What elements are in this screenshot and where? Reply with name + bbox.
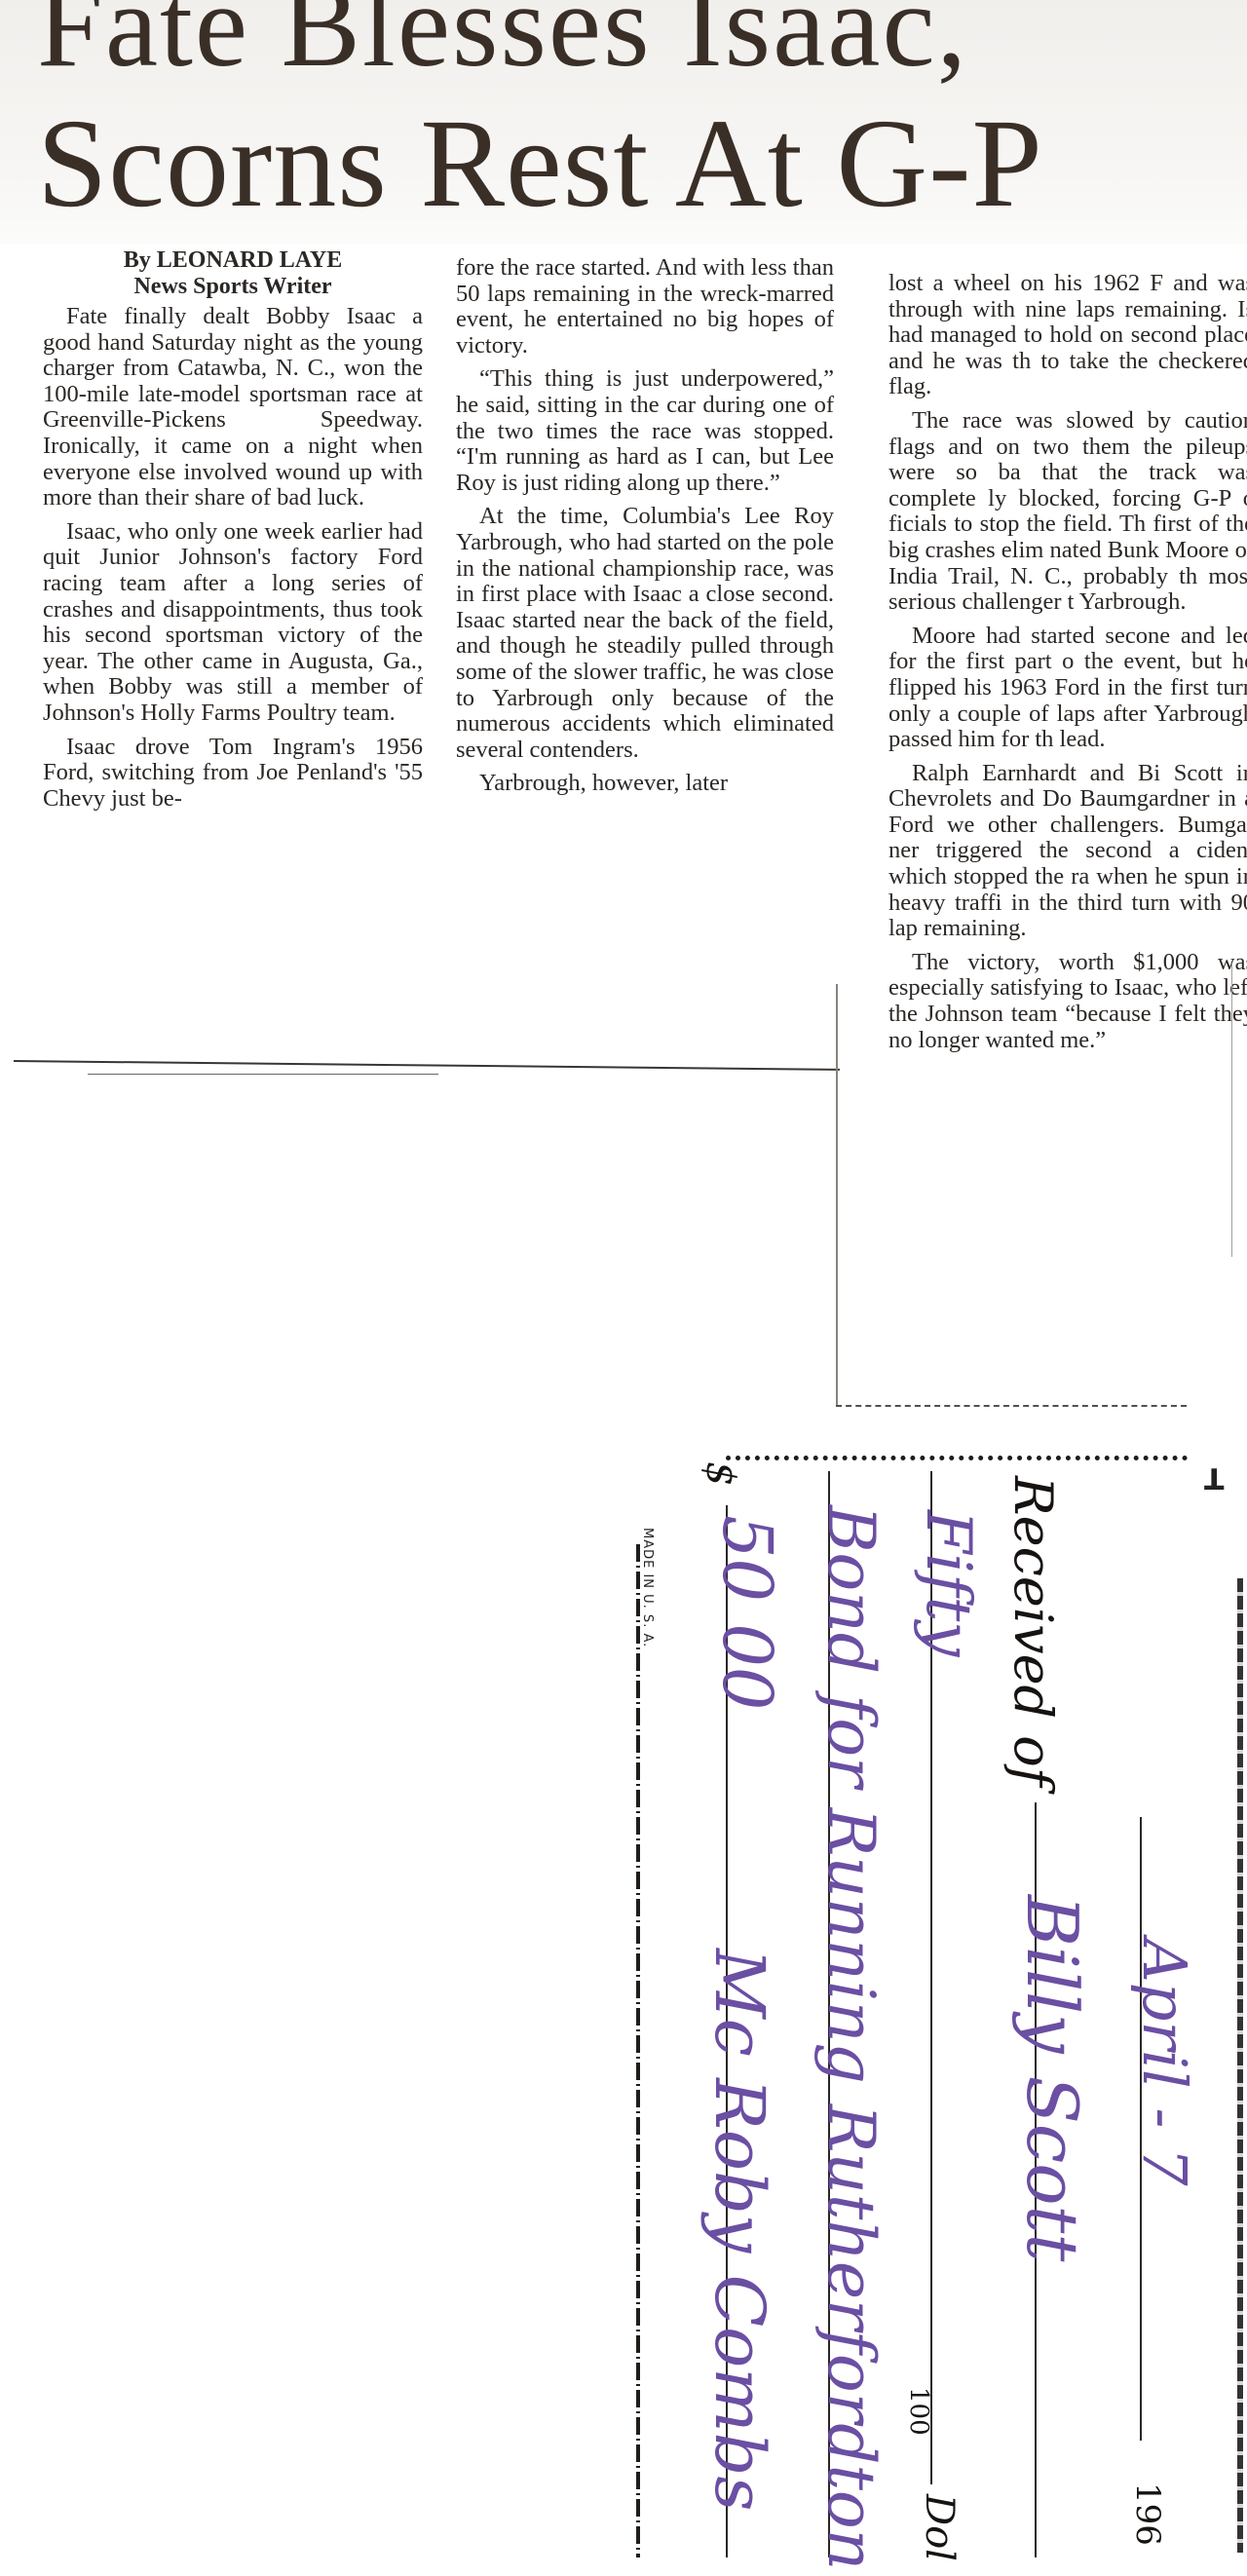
receipt-corner-mark: ꓕ bbox=[1204, 1463, 1224, 1497]
dollars-label: Dol bbox=[917, 2494, 962, 2561]
handwritten-amount: 50 00 bbox=[707, 1515, 787, 1710]
year-label: 196 bbox=[1128, 2482, 1167, 2546]
handwritten-signature: Mc Roby Combs bbox=[699, 1949, 779, 2511]
handwritten-amount-words: Fifty bbox=[912, 1510, 984, 1656]
receipt: ꓕ MADE IN U. S. A. $ Received of 100 Dol… bbox=[0, 0, 1247, 2576]
receipt-left-perforation bbox=[636, 1544, 640, 2557]
handwritten-date: April - 7 bbox=[1129, 1939, 1200, 2186]
receipt-perforation bbox=[726, 1456, 1188, 1460]
handwritten-purpose: Bond for Running Rutherfordton bbox=[813, 1505, 888, 2570]
received-of-label: Received of bbox=[1002, 1476, 1064, 1787]
handwritten-payer: Billy Scott bbox=[1011, 1895, 1093, 2261]
receipt-right-edge bbox=[1237, 1578, 1243, 2553]
cents-100-label: 100 bbox=[904, 2387, 933, 2436]
dollar-sign: $ bbox=[698, 1461, 742, 1486]
made-in-usa-label: MADE IN U. S. A. bbox=[640, 1528, 655, 1648]
